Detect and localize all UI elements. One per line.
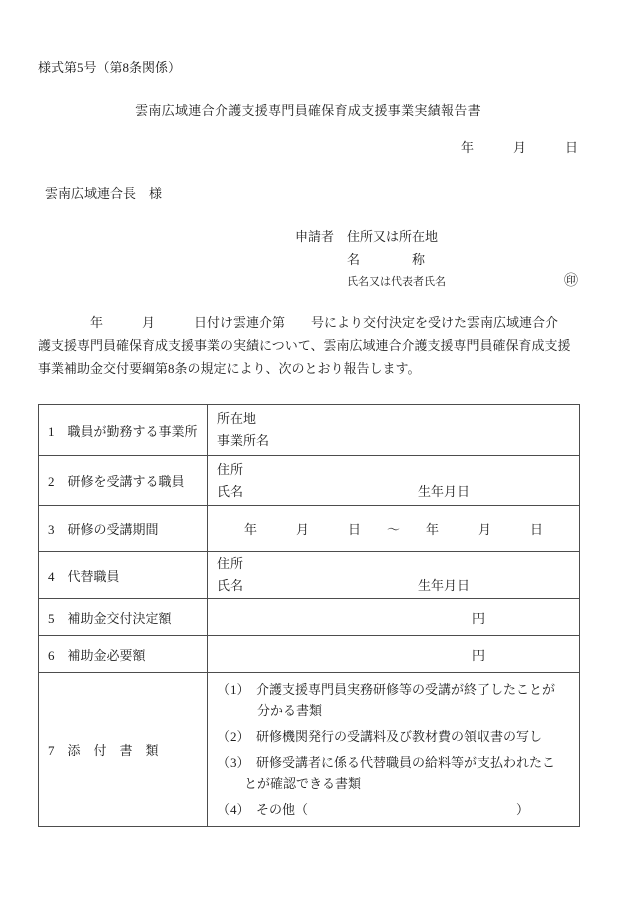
- body-paragraph: 年 月 日付け雲連介第 号により交付決定を受けた雲南広域連合介 護支援専門員確保…: [38, 311, 578, 380]
- attachment-item-1: （1） 介護支援専門員実務研修等の受講が終了したことが 分かる書類: [217, 679, 573, 721]
- form-number: 様式第5号（第8条関係）: [38, 60, 578, 76]
- seal-mark: ㊞: [564, 274, 578, 290]
- applicant-address-label: 住所又は所在地: [347, 229, 438, 244]
- applicant-label: 申請者: [295, 229, 334, 244]
- document-page: 様式第5号（第8条関係） 雲南広域連合介護支援専門員確保育成支援事業実績報告書 …: [0, 0, 630, 903]
- table-row-training-period: 3 研修の受講期間 年 月 日 ～ 年 月 日: [39, 506, 580, 552]
- applicant-name-label: 名 称: [347, 252, 578, 268]
- row-value: 住所 氏名生年月日: [208, 552, 580, 599]
- office-location-label: 所在地: [217, 408, 579, 430]
- table-row-subsidy-decided-amount: 5 補助金交付決定額 円: [39, 599, 580, 636]
- trainee-address-label: 住所: [217, 459, 579, 481]
- trainee-name-line: 氏名生年月日: [217, 481, 579, 503]
- office-name-label: 事業所名: [217, 430, 579, 452]
- attachment-item-3: （3） 研修受講者に係る代替職員の給料等が支払われたこ とが確認できる書類: [217, 752, 573, 794]
- table-row-office: 1 職員が勤務する事業所 所在地 事業所名: [39, 405, 580, 456]
- row-label: 2 研修を受講する職員: [39, 456, 208, 506]
- page-title: 雲南広域連合介護支援専門員確保育成支援事業実績報告書: [38, 103, 578, 119]
- applicant-line-representative: 氏名又は代表者氏名 ㊞: [347, 274, 578, 290]
- table-row-trainee: 2 研修を受講する職員 住所 氏名生年月日: [39, 456, 580, 506]
- table-row-subsidy-required-amount: 6 補助金必要額 円: [39, 636, 580, 673]
- row-label: 3 研修の受講期間: [39, 506, 208, 552]
- attachments-list: （1） 介護支援専門員実務研修等の受講が終了したことが 分かる書類 （2） 研修…: [208, 673, 580, 827]
- trainee-birthdate-label: 生年月日: [418, 484, 470, 499]
- report-table: 1 職員が勤務する事業所 所在地 事業所名 2 研修を受講する職員 住所 氏名生…: [38, 404, 580, 827]
- substitute-address-label: 住所: [217, 553, 579, 575]
- attachment-item-3-line2: とが確認できる書類: [244, 773, 573, 794]
- row-value: 住所 氏名生年月日: [208, 456, 580, 506]
- table-row-substitute-staff: 4 代替職員 住所 氏名生年月日: [39, 552, 580, 599]
- training-period-value: 年 月 日 ～ 年 月 日: [208, 506, 580, 552]
- yen-unit-label: 円: [472, 611, 485, 626]
- row-value: 所在地 事業所名: [208, 405, 580, 456]
- row-label: 5 補助金交付決定額: [39, 599, 208, 636]
- row-value: 円: [208, 636, 580, 673]
- attachment-item-3-line1: （3） 研修受講者に係る代替職員の給料等が支払われたこ: [217, 752, 573, 773]
- row-label: 7 添 付 書 類: [39, 673, 208, 827]
- row-value: 円: [208, 599, 580, 636]
- attachment-item-4: （4） その他（ ）: [217, 799, 573, 820]
- substitute-name-line: 氏名生年月日: [217, 575, 579, 597]
- row-label: 1 職員が勤務する事業所: [39, 405, 208, 456]
- addressee: 雲南広域連合長 様: [38, 186, 578, 202]
- body-paragraph-line3: 事業補助金交付要綱第8条の規定により、次のとおり報告します。: [38, 357, 578, 380]
- substitute-birthdate-label: 生年月日: [418, 578, 470, 593]
- date-line: 年 月 日: [38, 140, 578, 156]
- trainee-name-label: 氏名: [217, 484, 243, 499]
- applicant-line-address: 申請者住所又は所在地: [295, 229, 578, 245]
- substitute-name-label: 氏名: [217, 578, 243, 593]
- table-row-attachments: 7 添 付 書 類 （1） 介護支援専門員実務研修等の受講が終了したことが 分か…: [39, 673, 580, 827]
- row-label: 6 補助金必要額: [39, 636, 208, 673]
- body-paragraph-line1: 年 月 日付け雲連介第 号により交付決定を受けた雲南広域連合介: [38, 311, 578, 334]
- yen-unit-label: 円: [472, 648, 485, 663]
- applicant-block: 申請者住所又は所在地 名 称 氏名又は代表者氏名 ㊞: [38, 229, 578, 290]
- attachment-item-1-line2: 分かる書類: [257, 700, 573, 721]
- body-paragraph-line2: 護支援専門員確保育成支援事業の実績について、雲南広域連合介護支援専門員確保育成支…: [38, 334, 578, 357]
- row-label: 4 代替職員: [39, 552, 208, 599]
- attachment-item-1-line1: （1） 介護支援専門員実務研修等の受講が終了したことが: [217, 679, 573, 700]
- attachment-item-2: （2） 研修機関発行の受講料及び教材費の領収書の写し: [217, 726, 573, 747]
- applicant-representative-label: 氏名又は代表者氏名: [347, 274, 446, 290]
